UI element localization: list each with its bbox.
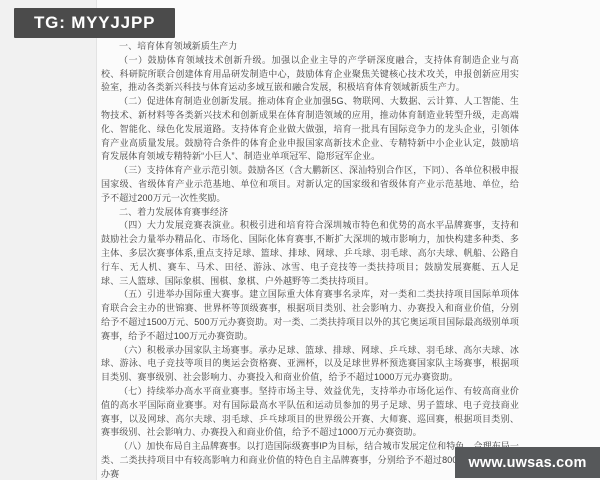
document-page: 一、培育体育领域新质生产力（一）鼓励体育领域技术创新升级。加强以企业主导的产学研… [96,0,600,480]
screenshot-canvas: 一、培育体育领域新质生产力（一）鼓励体育领域技术创新升级。加强以企业主导的产学研… [0,0,600,480]
document-content: 一、培育体育领域新质生产力（一）鼓励体育领域技术创新升级。加强以企业主导的产学研… [97,0,519,480]
document-paragraph: （三）支持体育产业示范引领。鼓励各区（含大鹏新区、深汕特别合作区，下同）、各单位… [101,164,519,205]
document-paragraph: （四）大力发展竞赛表演业。积极引进和培育符合深圳城市特色和优势的高水平品牌赛事，… [101,219,519,288]
watermark-badge-bottom-right: www.uwsas.com [455,447,600,478]
document-paragraph: （二）促进体育制造业创新发展。推动体育企业加强5G、物联网、大数据、云计算、人工… [101,95,519,164]
section-heading: 一、培育体育领域新质生产力 [101,40,519,54]
document-paragraph: （五）引进举办国际重大赛事。建立国际重大体育赛事名录库，对一类和二类扶持项目国际… [101,288,519,343]
watermark-top-text: TG: MYYJJPP [34,13,155,33]
watermark-bottom-text: www.uwsas.com [468,455,586,471]
document-paragraph: （一）鼓励体育领域技术创新升级。加强以企业主导的产学研深度融合，支持体育制造企业… [101,54,519,95]
document-paragraph: （七）持续举办高水平商业赛事。坚持市场主导、效益优先，支持举办市场化运作、有较高… [101,385,519,440]
watermark-badge-top-left: TG: MYYJJPP [14,8,175,38]
section-heading: 二、着力发展体育赛事经济 [101,206,519,220]
document-paragraph: （六）积极承办国家队主场赛事。承办足球、篮球、排球、网球、乒乓球、羽毛球、高尔夫… [101,344,519,385]
